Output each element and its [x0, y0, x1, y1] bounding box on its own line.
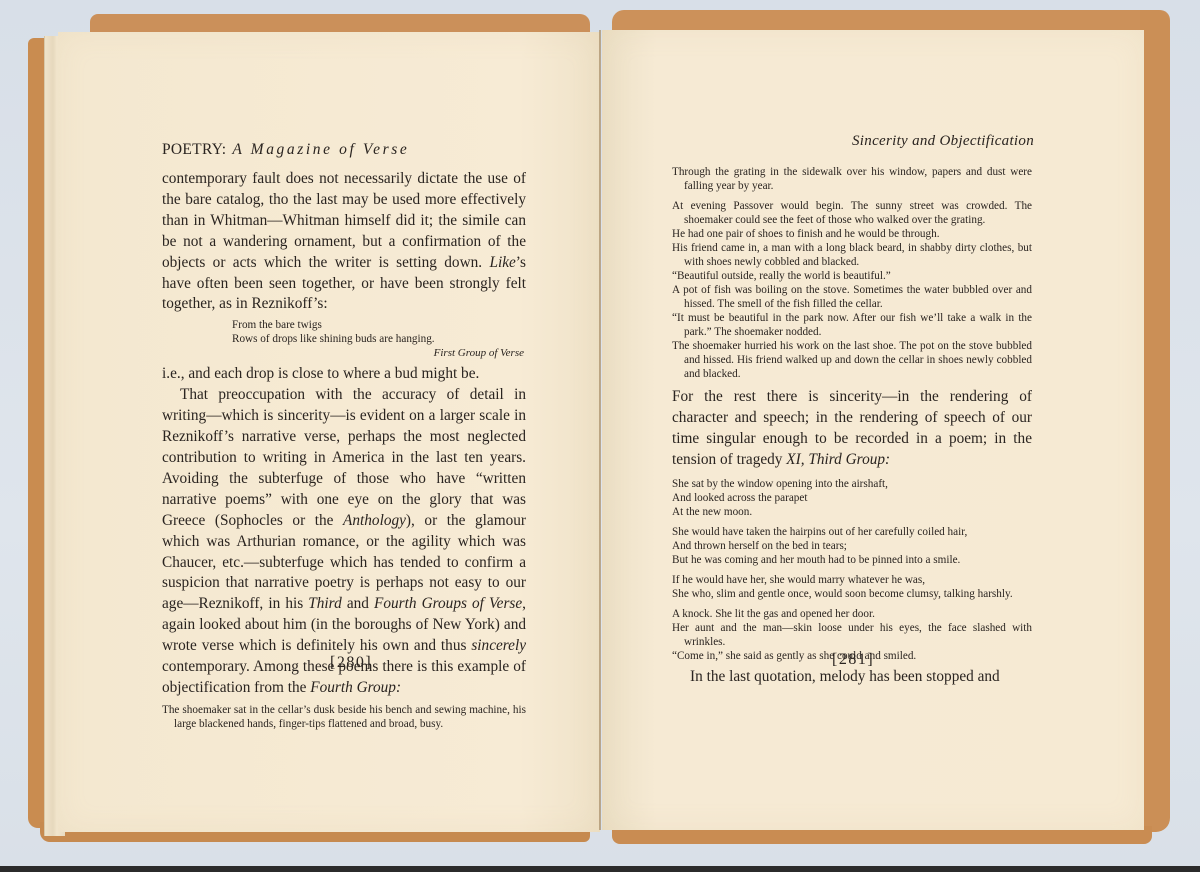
quote-line: From the bare twigs	[232, 318, 526, 332]
poem-line: At the new moon.	[672, 505, 1032, 519]
running-head-right: Sincerity and Objectification	[844, 133, 1034, 150]
quote-line: His friend came in, a man with a long bl…	[672, 241, 1032, 269]
paragraph-text: contemporary fault does not necessarily …	[162, 170, 526, 271]
quote-line: At evening Passover would begin. The sun…	[672, 199, 1032, 227]
emphasis: Third	[308, 595, 341, 612]
book-cover-edge-right	[1140, 10, 1170, 832]
screen-bottom-edge	[0, 866, 1200, 872]
paragraph: contemporary fault does not necessarily …	[162, 169, 526, 315]
paragraph: That preoccupation with the accuracy of …	[162, 385, 526, 699]
poem-line: But he was coming and her mouth had to b…	[672, 553, 1032, 567]
running-head-left: POETRY:A Magazine of Verse	[162, 141, 409, 159]
paragraph: i.e., and each drop is close to where a …	[162, 364, 526, 385]
poem-line: If he would have her, she would marry wh…	[672, 573, 1032, 587]
paragraph-text: That preoccupation with the accuracy of …	[162, 386, 526, 528]
paragraph-text: and	[342, 595, 374, 612]
magazine-subtitle: A Magazine of Verse	[232, 141, 409, 158]
paragraph: In the last quotation, melody has been s…	[672, 667, 1032, 688]
quote-line: The shoemaker sat in the cellar’s dusk b…	[162, 703, 526, 731]
book-gutter	[599, 30, 601, 830]
right-page-body: Through the grating in the sidewalk over…	[672, 165, 1032, 688]
poem-line: And thrown herself on the bed in tears;	[672, 539, 1032, 553]
quote-line: “Beautiful outside, really the world is …	[672, 269, 1032, 283]
emphasis: Fourth Group:	[310, 679, 401, 696]
page-number-right: [281]	[832, 651, 874, 669]
quote-line: Rows of drops like shining buds are hang…	[232, 332, 526, 346]
paragraph: For the rest there is sincerity—in the r…	[672, 387, 1032, 471]
emphasis: Like	[489, 254, 515, 271]
poem-line: Her aunt and the man—skin loose under hi…	[672, 621, 1032, 649]
poem-line: She who, slim and gentle once, would soo…	[672, 587, 1032, 601]
poem-line: She would have taken the hairpins out of…	[672, 525, 1032, 539]
block-quote: From the bare twigs Rows of drops like s…	[232, 318, 526, 360]
quote-line: He had one pair of shoes to finish and h…	[672, 227, 1032, 241]
emphasis: Anthology	[343, 512, 406, 529]
poem-line: And looked across the parapet	[672, 491, 1032, 505]
quote-line: A pot of fish was boiling on the stove. …	[672, 283, 1032, 311]
quote-continued: Through the grating in the sidewalk over…	[672, 165, 1032, 381]
emphasis: XI, Third Group:	[786, 451, 890, 468]
quote-line: “It must be beautiful in the park now. A…	[672, 311, 1032, 339]
emphasis: Fourth Groups of Verse	[374, 595, 522, 612]
left-page-body: contemporary fault does not necessarily …	[162, 169, 526, 731]
quote-line: Through the grating in the sidewalk over…	[672, 165, 1032, 193]
poem-line: A knock. She lit the gas and opened her …	[672, 607, 1032, 621]
poem-line: She sat by the window opening into the a…	[672, 477, 1032, 491]
quote-source: First Group of Verse	[232, 346, 524, 360]
poem-quote: She sat by the window opening into the a…	[672, 477, 1032, 663]
page-number-left: [280]	[330, 654, 372, 672]
emphasis: sincerely	[471, 637, 526, 654]
magazine-name: POETRY:	[162, 141, 226, 158]
quote-line: The shoemaker hurried his work on the la…	[672, 339, 1032, 381]
